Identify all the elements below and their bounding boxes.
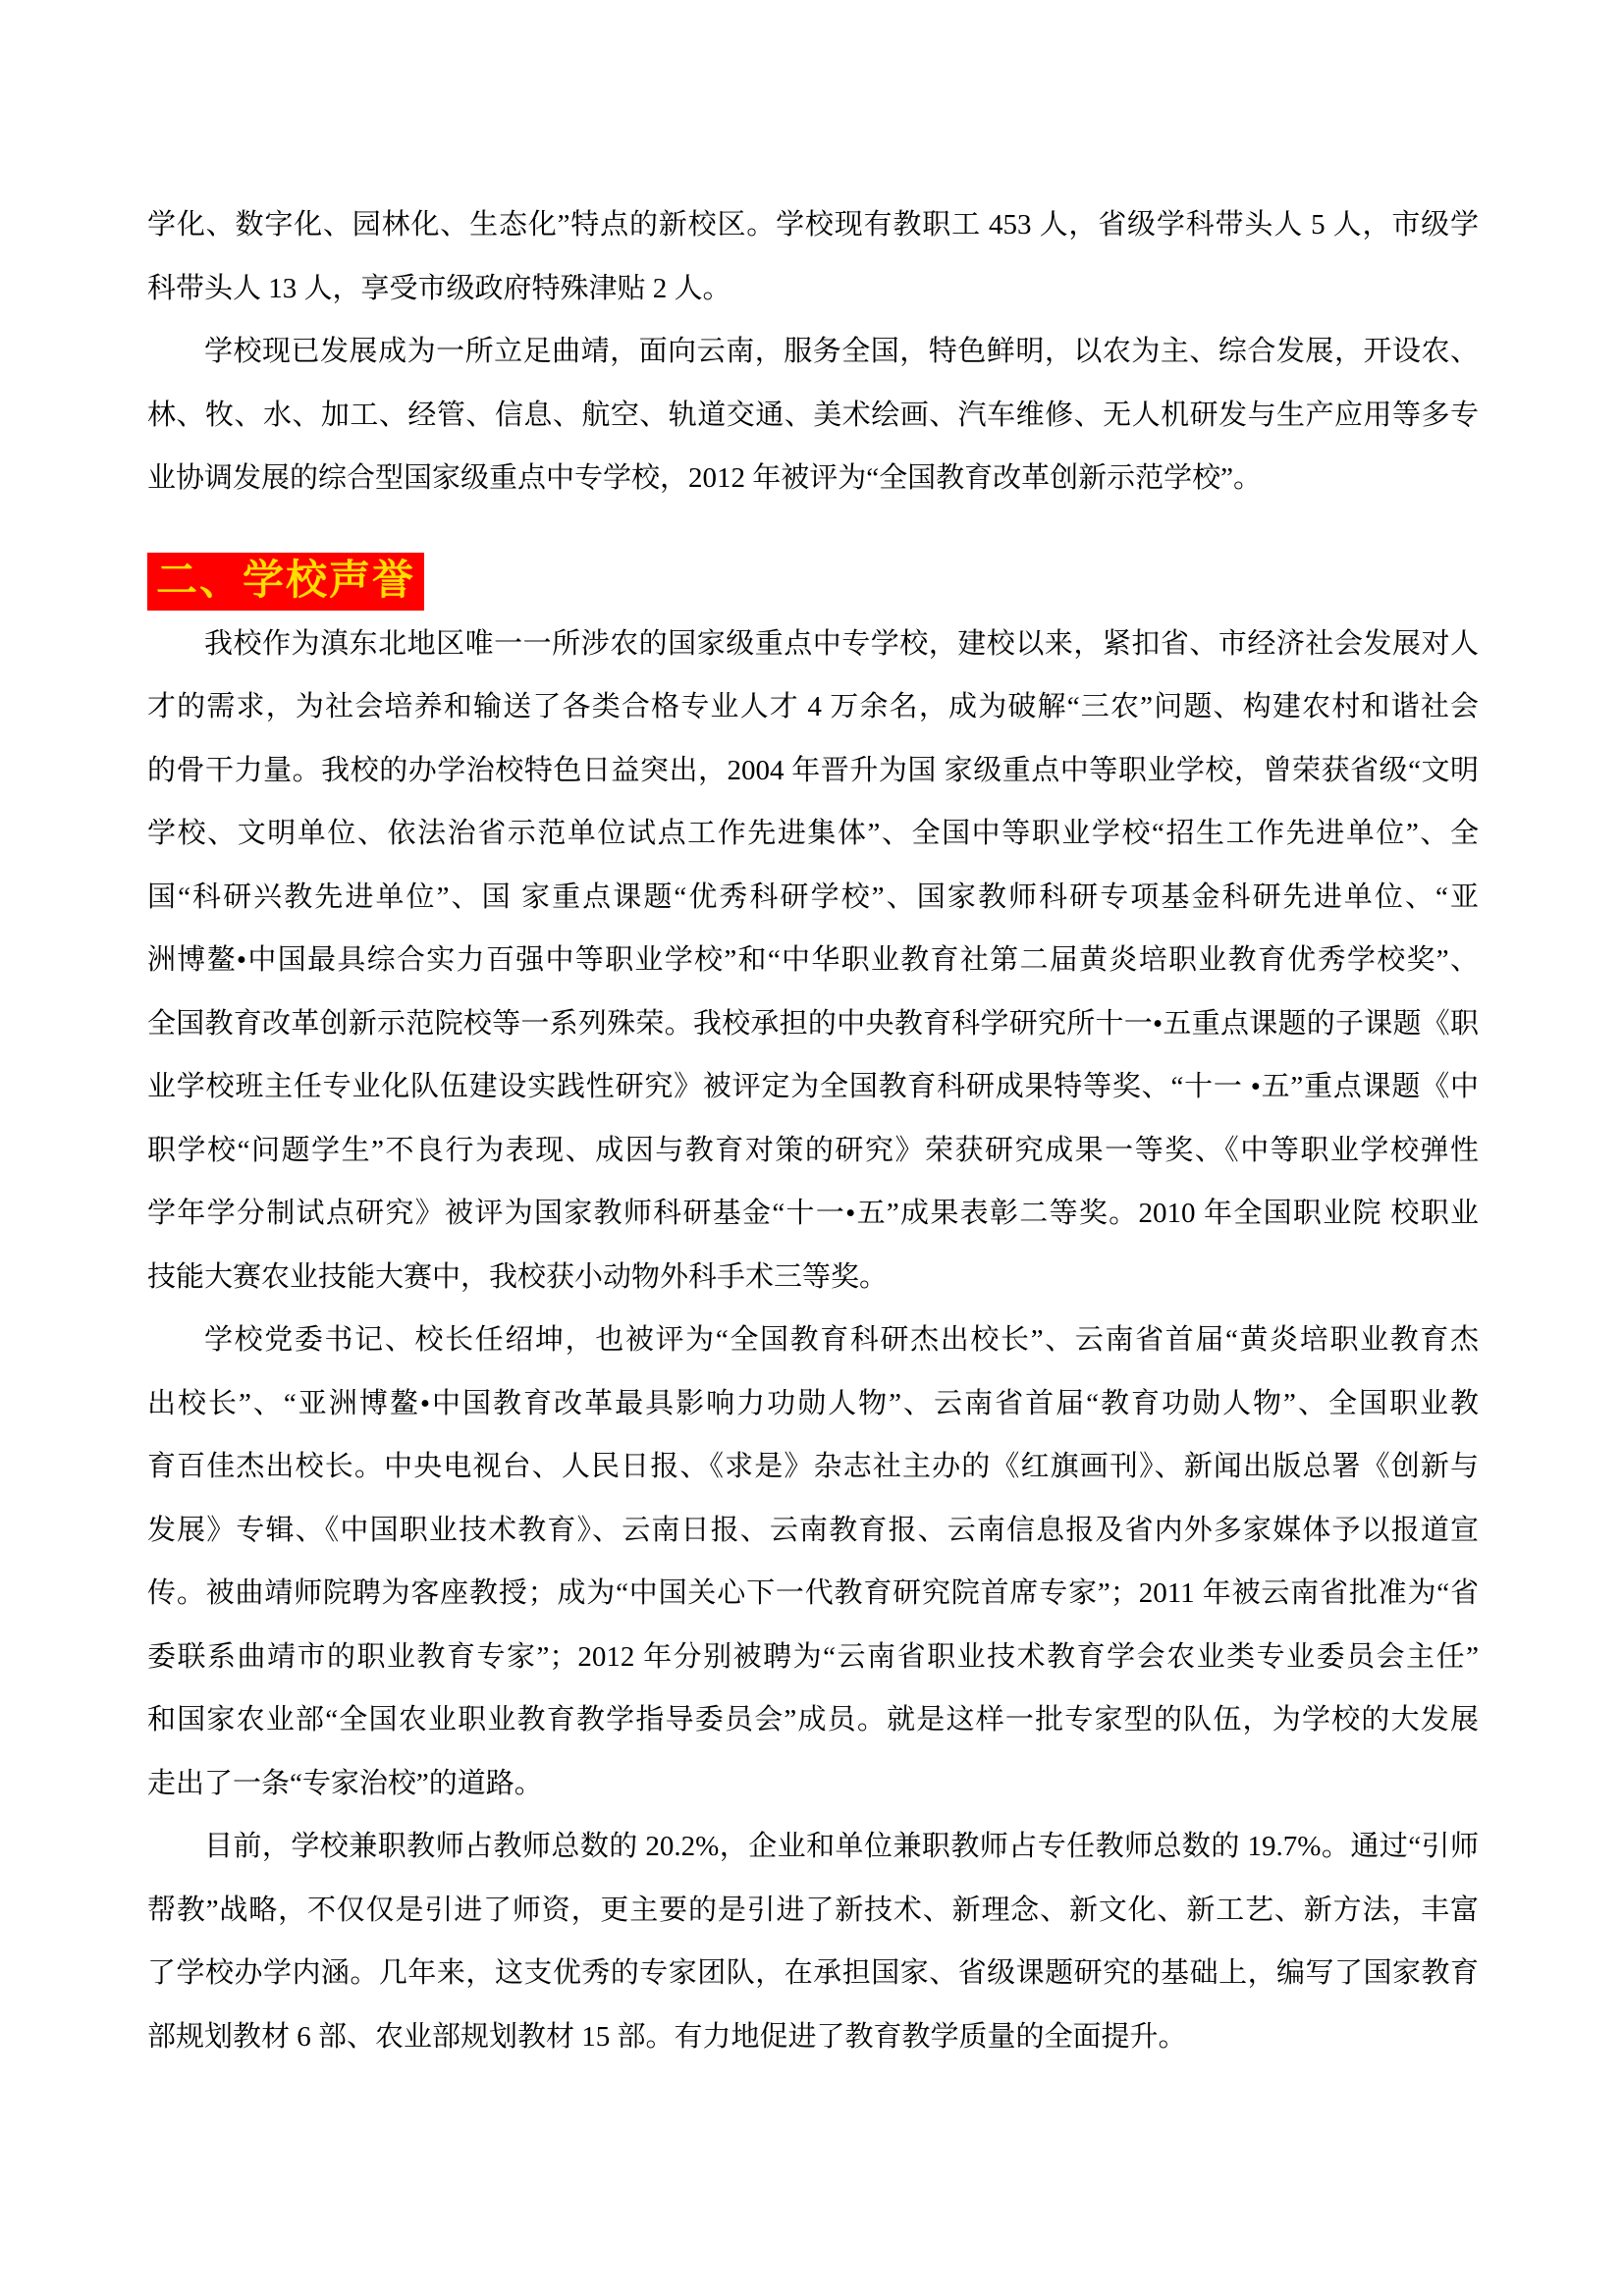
paragraph-school-development: 学校现已发展成为一所立足曲靖，面向云南，服务全国，特色鲜明，以农为主、综合发展，… (147, 320, 1479, 510)
document-content: 学化、数字化、园林化、生态化”特点的新校区。学校现有教职工 453 人，省级学科… (147, 193, 1479, 2068)
text-line: 学校现已发展成为一所立足曲靖，面向云南，服务全国，特色鲜明，以农为主、综合发展，… (147, 320, 1479, 384)
text-line: 了学校办学内涵。几年来，这支优秀的专家团队，在承担国家、省级课题研究的基础上，编… (147, 1942, 1479, 2005)
text-line: 目前，学校兼职教师占教师总数的 20.2%，企业和单位兼职教师占专任教师总数的 … (147, 1815, 1479, 1879)
text-line: 学化、数字化、园林化、生态化”特点的新校区。学校现有教职工 453 人，省级学科… (147, 193, 1479, 257)
text-line: 科带头人 13 人，享受市级政府特殊津贴 2 人。 (147, 257, 1479, 321)
text-line: 传。被曲靖师院聘为客座教授；成为“中国关心下一代教育研究院首席专家”；2011 … (147, 1562, 1479, 1626)
text-line: 发展》专辑、《中国职业技术教育》、云南日报、云南教育报、云南信息报及省内外多家媒… (147, 1499, 1479, 1563)
text-line: 林、牧、水、加工、经管、信息、航空、轨道交通、美术绘画、汽车维修、无人机研发与生… (147, 384, 1479, 448)
paragraph-teachers: 目前，学校兼职教师占教师总数的 20.2%，企业和单位兼职教师占专任教师总数的 … (147, 1815, 1479, 2068)
text-line: 国“科研兴教先进单位”、国 家重点课题“优秀科研学校”、国家教师科研专项基金科研… (147, 866, 1479, 930)
text-line: 技能大赛农业技能大赛中，我校获小动物外科手术三等奖。 (147, 1246, 1479, 1309)
text-line: 委联系曲靖市的职业教育专家”；2012 年分别被聘为“云南省职业技术教育学会农业… (147, 1626, 1479, 1689)
text-line: 才的需求，为社会培养和输送了各类合格专业人才 4 万余名，成为破解“三农”问题、… (147, 675, 1479, 739)
document-page: 学化、数字化、园林化、生态化”特点的新校区。学校现有教职工 453 人，省级学科… (0, 0, 1624, 2296)
text-line: 出校长”、“亚洲博鳌•中国教育改革最具影响力功勋人物”、云南省首届“教育功勋人物… (147, 1372, 1479, 1436)
text-line: 学年学分制试点研究》被评为国家教师科研基金“十一•五”成果表彰二等奖。2010 … (147, 1182, 1479, 1246)
text-line: 部规划教材 6 部、农业部规划教材 15 部。有力地促进了教育教学质量的全面提升… (147, 2005, 1479, 2069)
text-line: 业协调发展的综合型国家级重点中专学校，2012 年被评为“全国教育改革创新示范学… (147, 447, 1479, 510)
text-line: 帮教”战略，不仅仅是引进了师资，更主要的是引进了新技术、新理念、新文化、新工艺、… (147, 1879, 1479, 1943)
section-heading: 二、学校声誉 (147, 553, 424, 611)
text-line: 我校作为滇东北地区唯一一所涉农的国家级重点中专学校，建校以来，紧扣省、市经济社会… (147, 613, 1479, 676)
text-line: 和国家农业部“全国农业职业教育教学指导委员会”成员。就是这样一批专家型的队伍，为… (147, 1688, 1479, 1752)
paragraph-principal-honors: 学校党委书记、校长任绍坤，也被评为“全国教育科研杰出校长”、云南省首届“黄炎培职… (147, 1308, 1479, 1815)
paragraph-school-reputation: 我校作为滇东北地区唯一一所涉农的国家级重点中专学校，建校以来，紧扣省、市经济社会… (147, 613, 1479, 1309)
paragraph-continuation: 学化、数字化、园林化、生态化”特点的新校区。学校现有教职工 453 人，省级学科… (147, 193, 1479, 320)
section-heading-row: 二、学校声誉 (147, 553, 1479, 611)
text-line: 职学校“问题学生”不良行为表现、成因与教育对策的研究》荣获研究成果一等奖、《中等… (147, 1119, 1479, 1183)
text-line: 的骨干力量。我校的办学治校特色日益突出，2004 年晋升为国 家级重点中等职业学… (147, 739, 1479, 803)
text-line: 育百佳杰出校长。中央电视台、人民日报、《求是》杂志社主办的《红旗画刊》、新闻出版… (147, 1435, 1479, 1499)
text-line: 全国教育改革创新示范院校等一系列殊荣。我校承担的中央教育科学研究所十一•五重点课… (147, 992, 1479, 1056)
text-line: 洲博鳌•中国最具综合实力百强中等职业学校”和“中华职业教育社第二届黄炎培职业教育… (147, 929, 1479, 992)
text-line: 业学校班主任专业化队伍建设实践性研究》被评定为全国教育科研成果特等奖、“十一 •… (147, 1055, 1479, 1119)
text-line: 走出了一条“专家治校”的道路。 (147, 1752, 1479, 1816)
text-line: 学校、文明单位、依法治省示范单位试点工作先进集体”、全国中等职业学校“招生工作先… (147, 802, 1479, 866)
text-line: 学校党委书记、校长任绍坤，也被评为“全国教育科研杰出校长”、云南省首届“黄炎培职… (147, 1308, 1479, 1372)
